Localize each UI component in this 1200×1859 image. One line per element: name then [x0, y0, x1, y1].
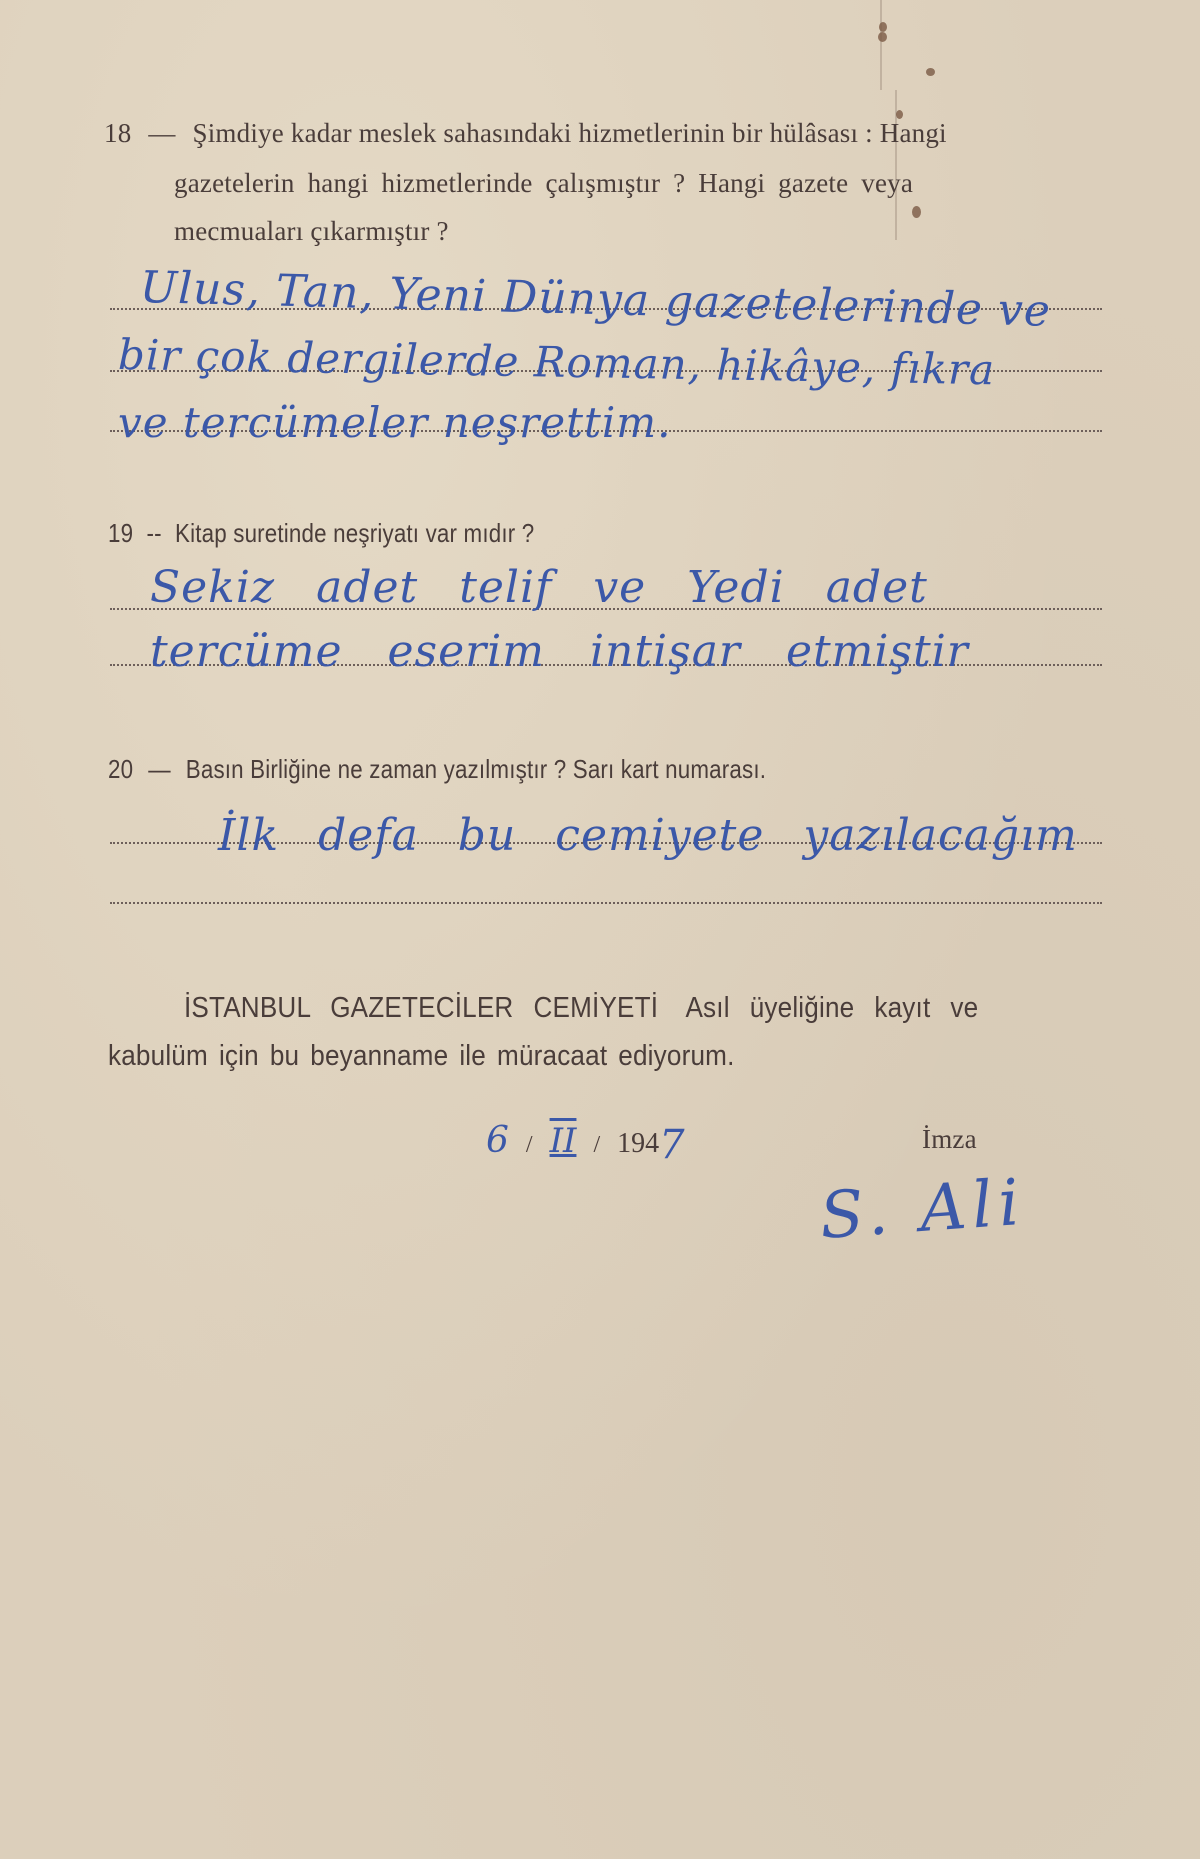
answer-19-line-2: tercüme eserim intişar etmiştir: [150, 626, 969, 677]
question-dash: —: [148, 118, 175, 148]
signature: S. Ali: [817, 1166, 1027, 1254]
declaration-text: Asıl üyeliğine kayıt ve: [685, 992, 978, 1024]
question-19: 19 -- Kitap suretinde neşriyatı var mıdı…: [108, 518, 534, 549]
ink-stain: [926, 68, 935, 76]
ink-stain: [912, 206, 921, 218]
date-separator: /: [593, 1132, 600, 1158]
question-text: Şimdiye kadar meslek sahasındaki hizmetl…: [193, 118, 947, 148]
question-20: 20 — Basın Birliğine ne zaman yazılmıştı…: [108, 754, 766, 785]
date-separator: /: [526, 1132, 533, 1158]
question-18-line-1: 18 — Şimdiye kadar meslek sahasındaki hi…: [104, 118, 947, 149]
question-text: Kitap suretinde neşriyatı var mıdır ?: [175, 518, 534, 548]
question-18-line-3: mecmuaları çıkarmıştır ?: [174, 216, 449, 247]
question-number: 19: [108, 518, 133, 548]
answer-18-line-1: Ulus, Tan, Yeni Dünya gazetelerinde ve: [139, 262, 1051, 337]
date-year-printed: 194: [617, 1128, 659, 1159]
ink-stain: [878, 32, 887, 42]
question-dash: —: [148, 754, 171, 784]
date-day: 6: [486, 1120, 509, 1161]
organization-name: İSTANBUL GAZETECİLER CEMİYETİ: [184, 992, 658, 1024]
question-18-line-2: gazetelerin hangi hizmetlerinde çalışmış…: [174, 168, 913, 199]
answer-18-line-2: bir çok dergilerde Roman, hikâye, fıkra: [118, 330, 996, 394]
date-year-handwritten: 7: [659, 1122, 684, 1168]
ink-stain: [879, 22, 887, 32]
signature-label: İmza: [922, 1124, 977, 1155]
question-number: 20: [108, 754, 133, 784]
declaration-line-1: İSTANBUL GAZETECİLER CEMİYETİ Asıl üyeli…: [184, 992, 978, 1025]
question-dash: --: [146, 518, 161, 548]
answer-19-line-1: Sekiz adet telif ve Yedi adet: [150, 562, 928, 613]
question-text: Basın Birliğine ne zaman yazılmıştır ? S…: [186, 754, 766, 784]
document-page: 18 — Şimdiye kadar meslek sahasındaki hi…: [0, 0, 1200, 1859]
date-month: II: [550, 1121, 577, 1161]
answer-line: [110, 902, 1102, 904]
question-number: 18: [104, 118, 131, 148]
answer-20-line-1: İlk defa bu cemiyete yazılacağım: [218, 810, 1078, 861]
declaration-line-2: kabulüm için bu beyanname ile müracaat e…: [108, 1040, 735, 1073]
paper-crease: [880, 0, 882, 90]
date-field: 6 / II / 1947: [486, 1116, 685, 1162]
answer-18-line-3: ve tercümeler neşrettim.: [118, 398, 671, 447]
